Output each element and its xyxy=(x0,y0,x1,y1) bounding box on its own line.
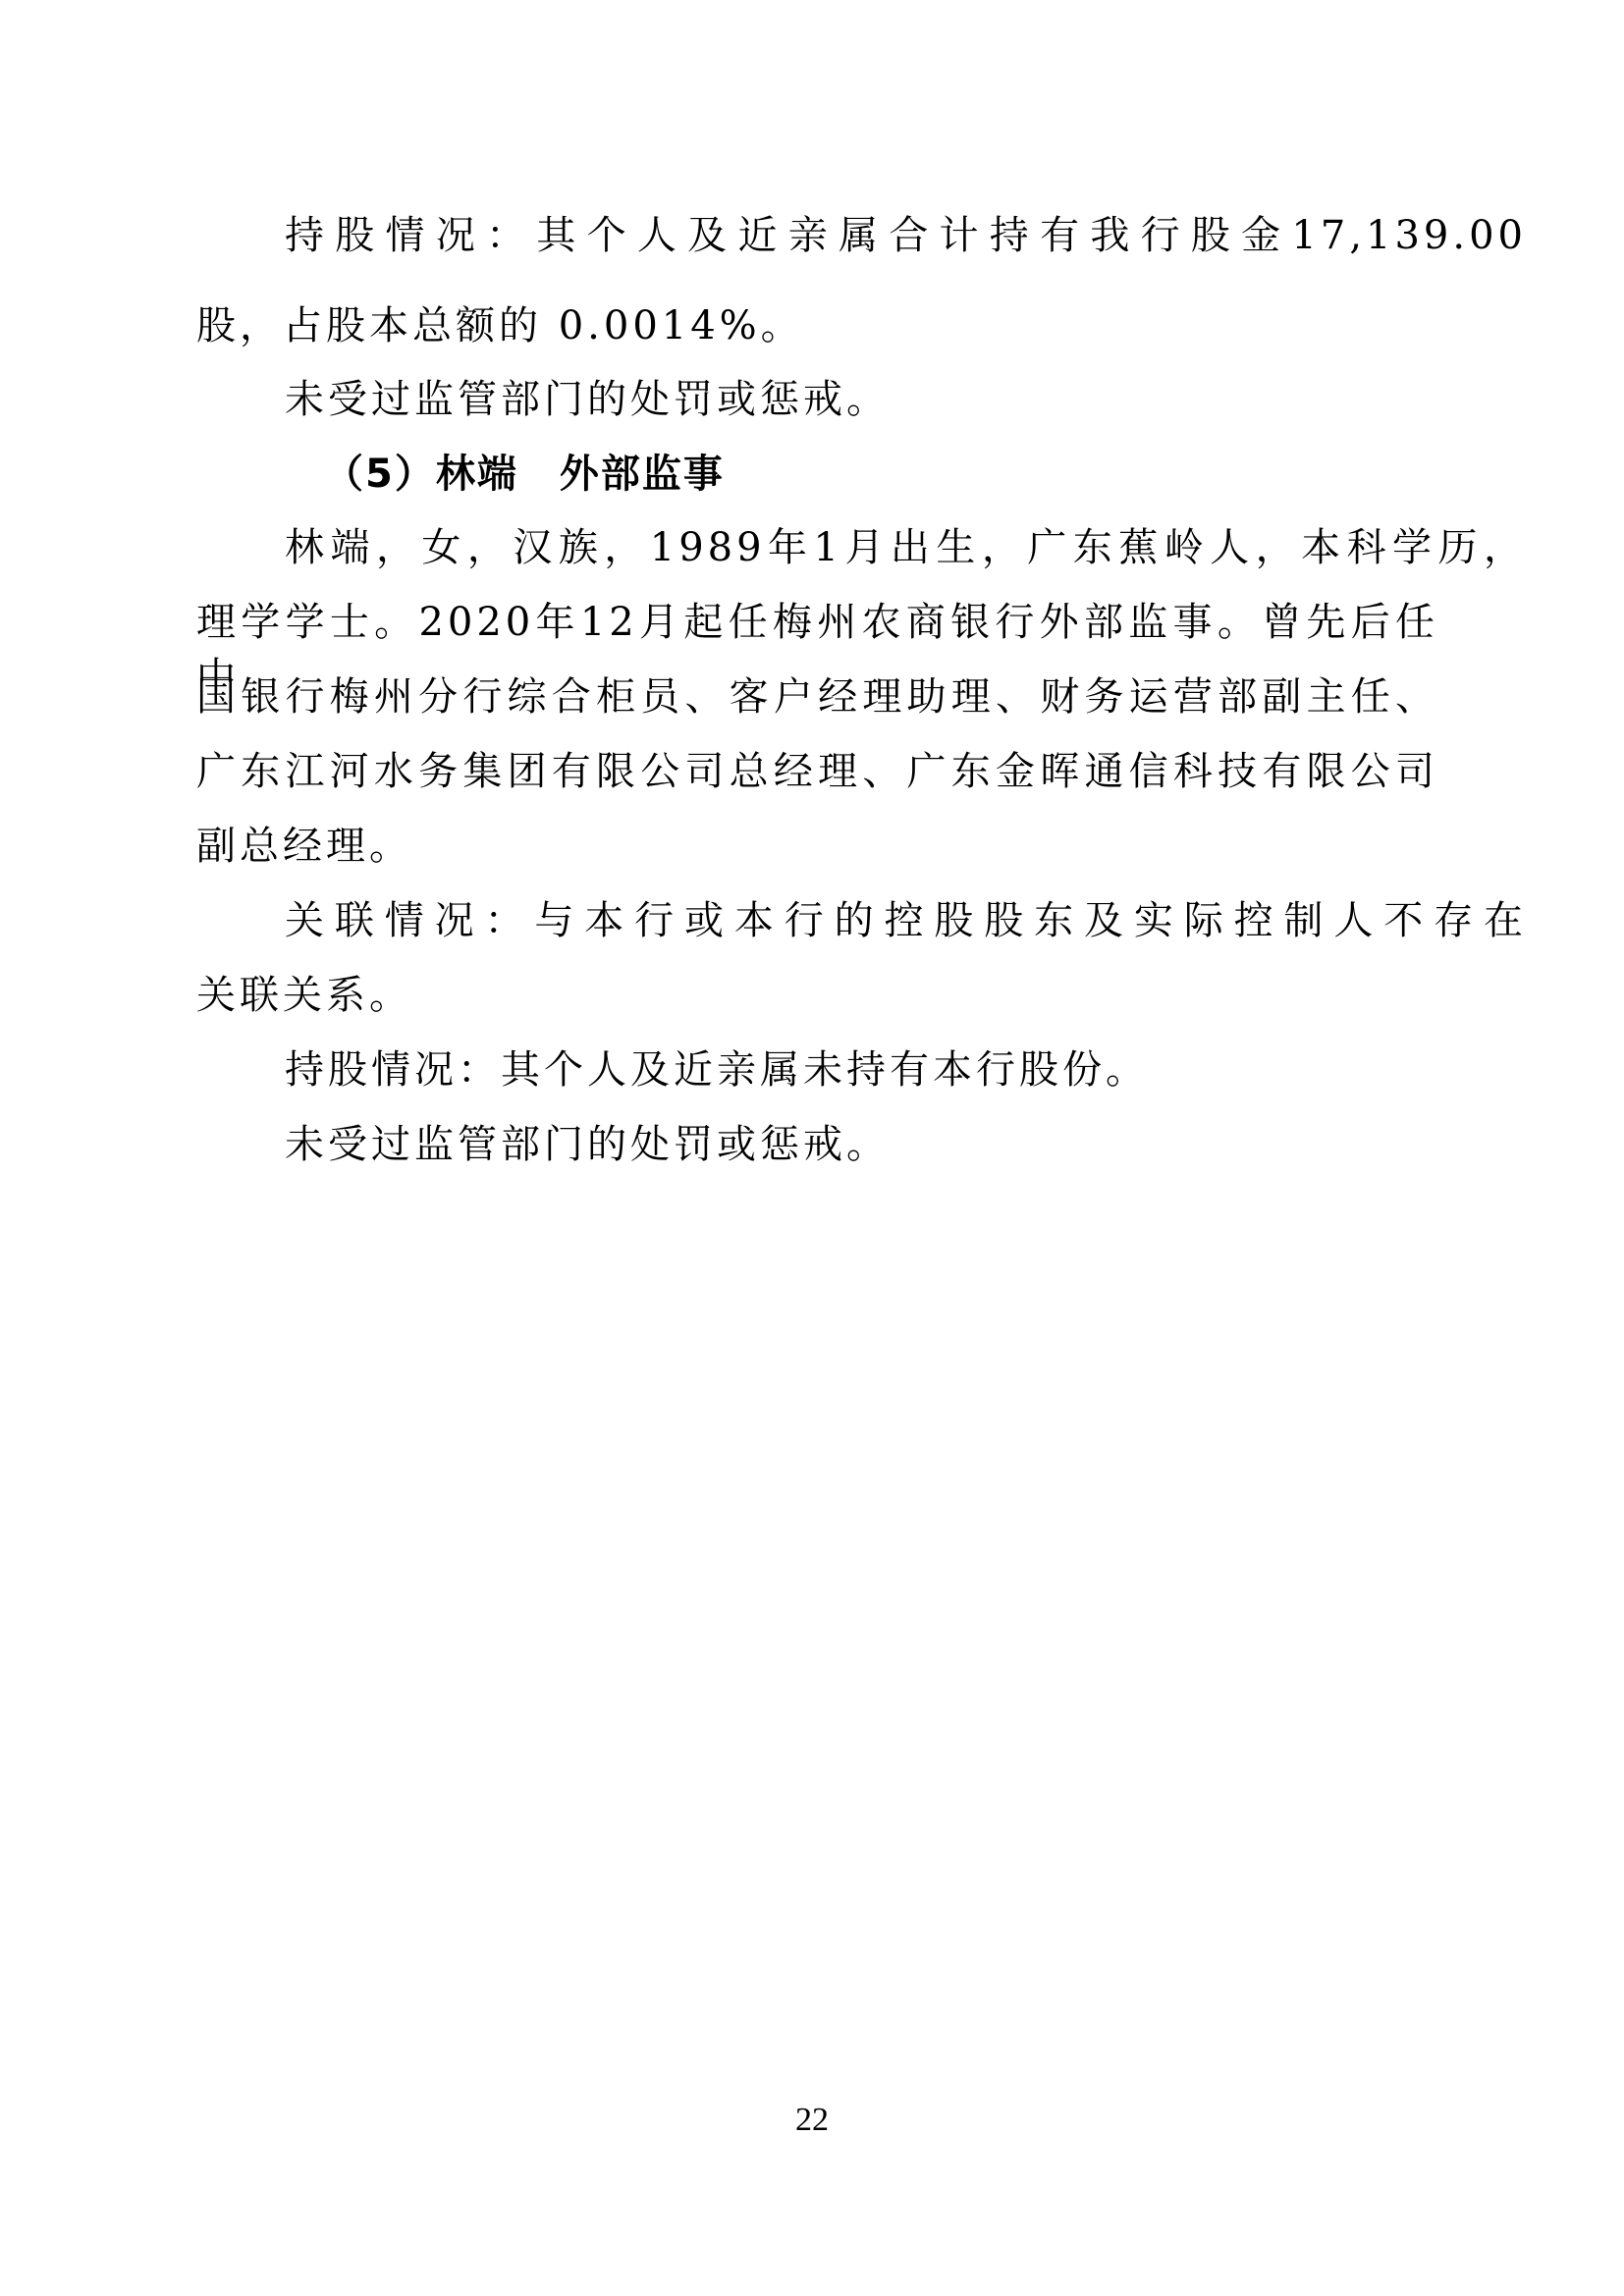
bio-paragraph-line-5: 副总经理。 xyxy=(196,819,1438,874)
no-penalty-statement-2: 未受过监管部门的处罚或惩戒。 xyxy=(285,1117,1527,1172)
shareholding-statement-2: 持股情况：其个人及近亲属未持有本行股份。 xyxy=(285,1042,1527,1097)
bio-paragraph-line-3: 国银行梅州分行综合柜员、客户经理助理、财务运营部副主任、 xyxy=(196,669,1438,724)
no-penalty-statement-1: 未受过监管部门的处罚或惩戒。 xyxy=(285,372,1527,427)
bio-paragraph-line-1: 林端，女，汉族，1989年1月出生，广东蕉岭人，本科学历， xyxy=(285,520,1527,575)
page-number: 22 xyxy=(0,2101,1624,2140)
shareholding-paragraph-line-1: 持股情况：其个人及近亲属合计持有我行股金17,139.00 xyxy=(285,208,1527,263)
relation-paragraph-line-2: 关联关系。 xyxy=(196,968,1438,1023)
section-heading-lin-duan: （5）林端 外部监事 xyxy=(324,447,1566,502)
document-page: 持股情况：其个人及近亲属合计持有我行股金17,139.00 股，占股本总额的 0… xyxy=(0,0,1624,2296)
bio-paragraph-line-4: 广东江河水务集团有限公司总经理、广东金晖通信科技有限公司 xyxy=(196,744,1438,799)
relation-paragraph-line-1: 关联情况：与本行或本行的控股股东及实际控制人不存在 xyxy=(285,893,1527,948)
shareholding-paragraph-line-2: 股，占股本总额的 0.0014%。 xyxy=(196,298,1438,353)
